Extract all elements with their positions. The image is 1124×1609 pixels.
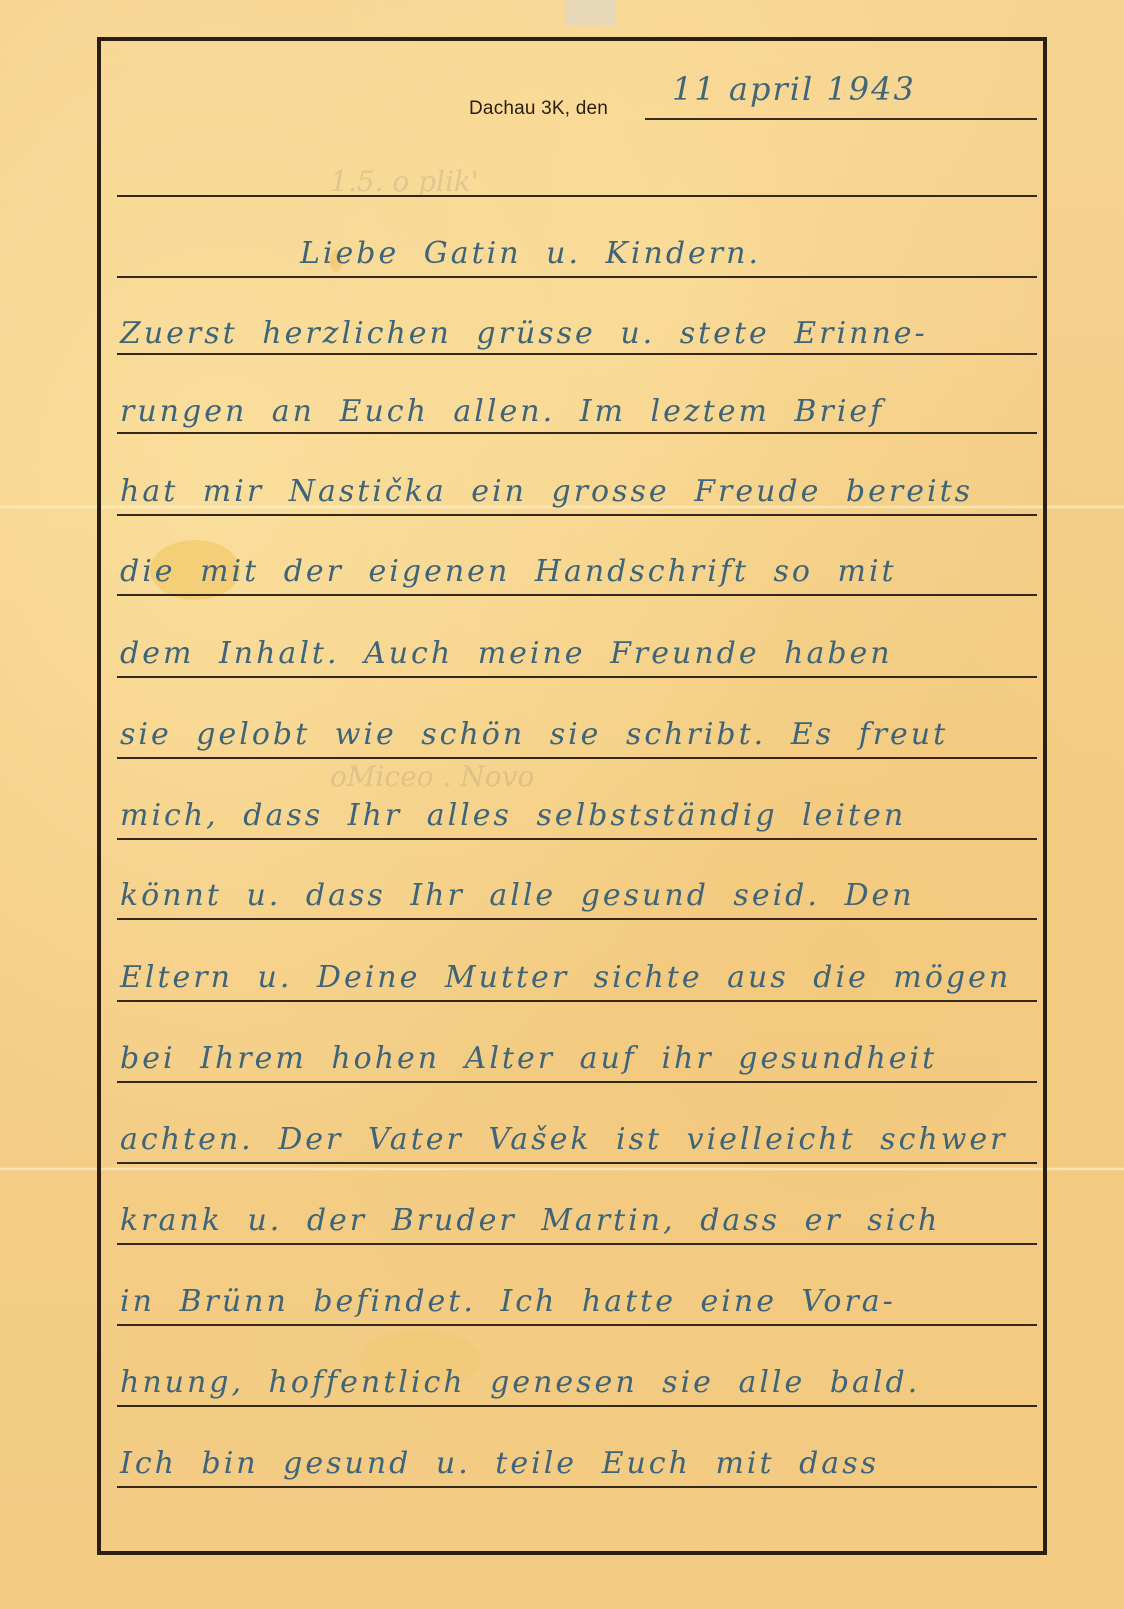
printed-header: Dachau 3K, den xyxy=(469,98,608,120)
letter-line: in Brünn befindet. Ich hatte eine Vora- xyxy=(120,1284,1050,1319)
ruled-line xyxy=(117,1243,1037,1245)
ruled-line xyxy=(117,594,1037,596)
ruled-line xyxy=(117,514,1037,516)
ruled-line xyxy=(117,276,1037,278)
ruled-line xyxy=(117,1162,1037,1164)
ruled-line xyxy=(117,1486,1037,1488)
date-line xyxy=(645,118,1037,120)
letter-line: Ich bin gesund u. teile Euch mit dass xyxy=(120,1446,1050,1481)
letter-line: mich, dass Ihr alles selbstständig leite… xyxy=(120,798,1050,833)
letter-line: hnung, hoffentlich genesen sie alle bald… xyxy=(120,1365,1050,1400)
ruled-line xyxy=(117,353,1037,355)
letter-line: sie gelobt wie schön sie schribt. Es fre… xyxy=(120,717,1050,752)
salutation: Liebe Gatin u. Kindern. xyxy=(300,236,1124,271)
letter-line: könnt u. dass Ihr alle gesund seid. Den xyxy=(120,878,1050,913)
tape-remnant xyxy=(565,0,615,26)
ruled-line xyxy=(117,1405,1037,1407)
letter-line: bei Ihrem hohen Alter auf ihr gesundheit xyxy=(120,1041,1050,1076)
ruled-line xyxy=(117,918,1037,920)
letter-line: Zuerst herzlichen grüsse u. stete Erinne… xyxy=(120,316,1050,351)
ruled-line xyxy=(117,1081,1037,1083)
handwritten-date: 11 april 1943 xyxy=(672,70,916,108)
ruled-line xyxy=(117,676,1037,678)
letter-line: Eltern u. Deine Mutter sichte aus die mö… xyxy=(120,960,1050,995)
letter-line: rungen an Euch allen. Im leztem Brief xyxy=(120,394,1050,429)
ruled-line xyxy=(117,757,1037,759)
ruled-line xyxy=(117,1324,1037,1326)
letter-line: die mit der eigenen Handschrift so mit xyxy=(120,554,1050,589)
ruled-line xyxy=(117,838,1037,840)
ruled-line xyxy=(117,1000,1037,1002)
ruled-line xyxy=(117,195,1037,197)
ruled-line xyxy=(117,432,1037,434)
letter-line: hat mir Nastička ein grosse Freude berei… xyxy=(120,474,1050,509)
letter-line: dem Inhalt. Auch meine Freunde haben xyxy=(120,636,1050,671)
letter-line: krank u. der Bruder Martin, dass er sich xyxy=(120,1203,1050,1238)
letter-line: achten. Der Vater Vašek ist vielleicht s… xyxy=(120,1122,1050,1157)
